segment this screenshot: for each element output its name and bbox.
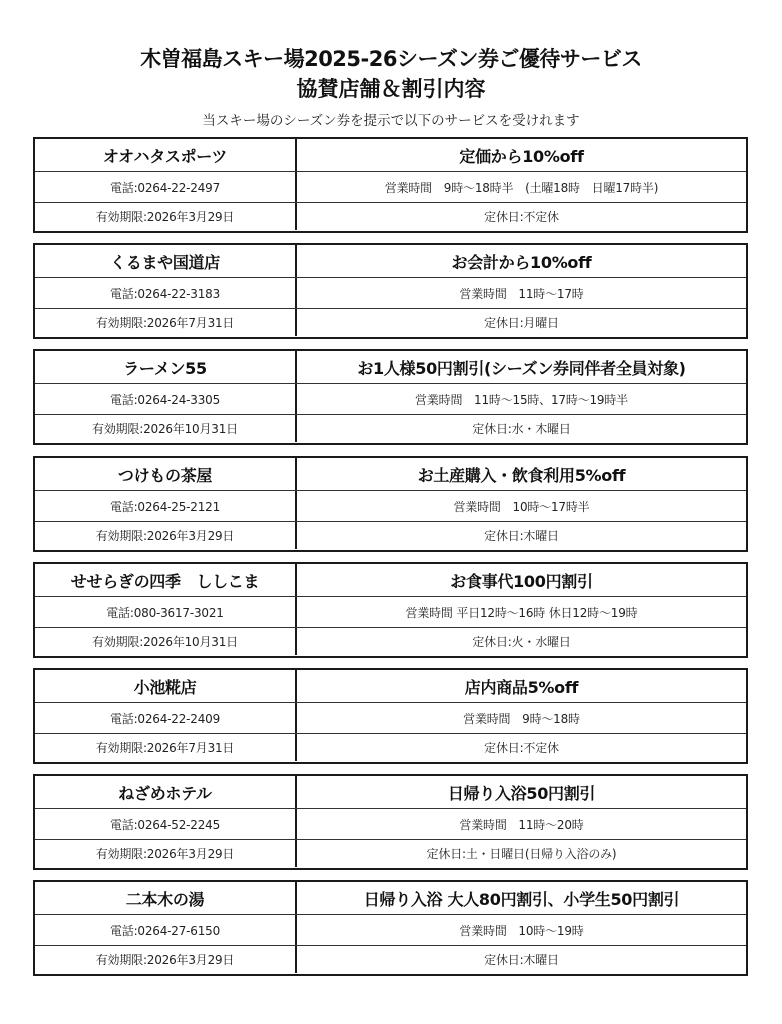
shop-closed-days: 定休日:火・水曜日 <box>297 628 746 655</box>
shop-closed-days: 定休日:不定休 <box>297 203 746 230</box>
page-title-sub: 協賛店舗＆割引内容 <box>0 76 782 102</box>
shop-name: つけもの茶屋 <box>35 458 297 490</box>
shop-offer: 日帰り入浴50円割引 <box>297 776 746 808</box>
shop-validity: 有効期限:2026年7月31日 <box>35 734 297 761</box>
shop-offer: お土産購入・飲食利用5%off <box>297 458 746 490</box>
shop-closed-days: 定休日:土・日曜日(日帰り入浴のみ) <box>297 840 746 867</box>
shop-phone: 電話:0264-22-2409 <box>35 703 297 733</box>
shop-card-oohata-sports: オオハタスポーツ 定価から10%off 電話:0264-22-2497 営業時間… <box>33 137 748 233</box>
shop-validity: 有効期限:2026年10月31日 <box>35 415 297 442</box>
shop-hours: 営業時間 9時～18時半 (土曜18時 日曜17時半) <box>297 172 746 202</box>
shop-hours: 営業時間 10時～17時半 <box>297 491 746 521</box>
shop-hours: 営業時間 平日12時～16時 休日12時～19時 <box>297 597 746 627</box>
shop-card-ramen-55: ラーメン55 お1人様50円割引(シーズン券同伴者全員対象) 電話:0264-2… <box>33 349 748 445</box>
shop-phone: 電話:0264-24-3305 <box>35 384 297 414</box>
shop-phone: 電話:0264-22-2497 <box>35 172 297 202</box>
page-title: 木曽福島スキー場2025-26シーズン券ご優待サービス <box>0 46 782 72</box>
shop-closed-days: 定休日:木曜日 <box>297 522 746 549</box>
shop-hours: 営業時間 11時～15時、17時～19時半 <box>297 384 746 414</box>
shop-validity: 有効期限:2026年3月29日 <box>35 522 297 549</box>
shop-card-nihongi-no-yu: 二本木の湯 日帰り入浴 大人80円割引、小学生50円割引 電話:0264-27-… <box>33 880 748 976</box>
shop-hours: 営業時間 11時～20時 <box>297 809 746 839</box>
shop-hours: 営業時間 9時～18時 <box>297 703 746 733</box>
page-subtitle: 当スキー場のシーズン券を提示で以下のサービスを受けれます <box>0 111 782 131</box>
shop-name: オオハタスポーツ <box>35 139 297 171</box>
shop-offer: 定価から10%off <box>297 139 746 171</box>
shop-card-seseragi-no-shiki: せせらぎの四季 ししこま お食事代100円割引 電話:080-3617-3021… <box>33 562 748 658</box>
shop-validity: 有効期限:2026年10月31日 <box>35 628 297 655</box>
shop-validity: 有効期限:2026年3月29日 <box>35 840 297 867</box>
shop-closed-days: 定休日:不定休 <box>297 734 746 761</box>
shop-name: ラーメン55 <box>35 351 297 383</box>
shop-phone: 電話:0264-27-6150 <box>35 915 297 945</box>
shop-phone: 電話:080-3617-3021 <box>35 597 297 627</box>
shop-offer: 店内商品5%off <box>297 670 746 702</box>
shop-card-nezame-hotel: ねざめホテル 日帰り入浴50円割引 電話:0264-52-2245 営業時間 1… <box>33 774 748 870</box>
shop-card-koike-koujiten: 小池糀店 店内商品5%off 電話:0264-22-2409 営業時間 9時～1… <box>33 668 748 764</box>
shop-hours: 営業時間 10時～19時 <box>297 915 746 945</box>
shop-card-tsukemono-chaya: つけもの茶屋 お土産購入・飲食利用5%off 電話:0264-25-2121 営… <box>33 456 748 552</box>
shop-name: 小池糀店 <box>35 670 297 702</box>
shop-validity: 有効期限:2026年3月29日 <box>35 946 297 973</box>
shop-closed-days: 定休日:木曜日 <box>297 946 746 973</box>
shop-phone: 電話:0264-22-3183 <box>35 278 297 308</box>
shop-hours: 営業時間 11時～17時 <box>297 278 746 308</box>
shop-name: ねざめホテル <box>35 776 297 808</box>
shop-name: 二本木の湯 <box>35 882 297 914</box>
shop-closed-days: 定休日:水・木曜日 <box>297 415 746 442</box>
shop-phone: 電話:0264-52-2245 <box>35 809 297 839</box>
shop-phone: 電話:0264-25-2121 <box>35 491 297 521</box>
shop-card-kurumaya: くるまや国道店 お会計から10%off 電話:0264-22-3183 営業時間… <box>33 243 748 339</box>
shop-offer: お1人様50円割引(シーズン券同伴者全員対象) <box>297 351 746 383</box>
shop-offer: お会計から10%off <box>297 245 746 277</box>
shop-closed-days: 定休日:月曜日 <box>297 309 746 336</box>
shop-name: せせらぎの四季 ししこま <box>35 564 297 596</box>
shop-offer: 日帰り入浴 大人80円割引、小学生50円割引 <box>297 882 746 914</box>
shop-offer: お食事代100円割引 <box>297 564 746 596</box>
shop-validity: 有効期限:2026年7月31日 <box>35 309 297 336</box>
shop-validity: 有効期限:2026年3月29日 <box>35 203 297 230</box>
shop-name: くるまや国道店 <box>35 245 297 277</box>
